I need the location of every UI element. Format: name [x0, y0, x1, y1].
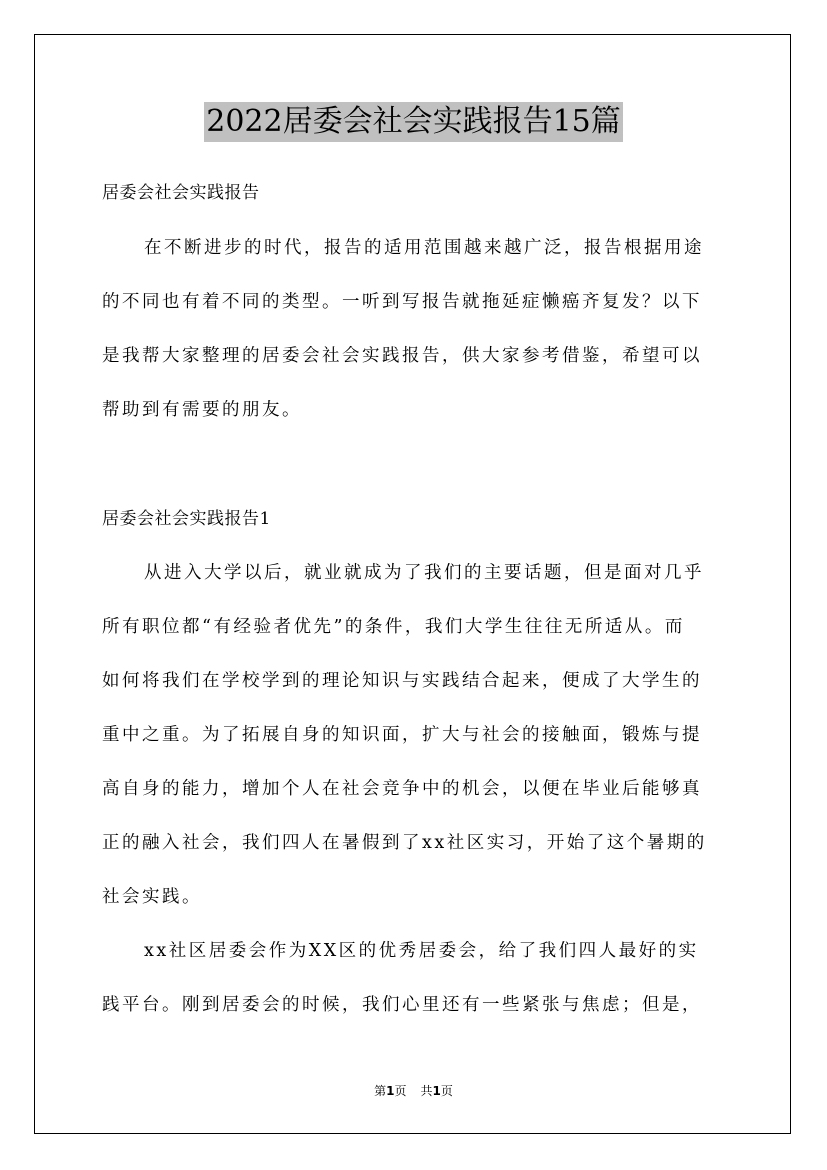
paragraph-line: 社会实践。	[102, 870, 728, 924]
page-suffix: 页	[394, 1084, 406, 1098]
paragraph-line: 所有职位都“有经验者优先”的条件，我们大学生往往无所适从。而	[102, 600, 728, 654]
paragraph-line: 从进入大学以后，就业就成为了我们的主要话题，但是面对几乎	[102, 546, 728, 600]
page-total: 1	[433, 1084, 441, 1098]
intro-line: 的不同也有着不同的类型。一听到写报告就拖延症懒癌齐复发？以下	[102, 275, 728, 329]
paragraph-line: 如何将我们在学校学到的理论知识与实践结合起来，便成了大学生的	[102, 654, 728, 708]
document-title: 2022居委会社会实践报告15篇	[204, 102, 623, 142]
paragraph-line: 正的融入社会，我们四人在暑假到了xx社区实习，开始了这个暑期的	[102, 816, 728, 870]
intro-heading: 居委会社会实践报告	[102, 181, 728, 205]
paragraph-line: 高自身的能力，增加个人在社会竞争中的机会，以便在毕业后能够真	[102, 762, 728, 816]
intro-line: 是我帮大家整理的居委会社会实践报告，供大家参考借鉴，希望可以	[102, 329, 728, 383]
paragraph-line: 重中之重。为了拓展自身的知识面，扩大与社会的接触面，锻炼与提	[102, 708, 728, 762]
intro-line: 帮助到有需要的朋友。	[102, 383, 728, 437]
title-container: 2022居委会社会实践报告15篇	[0, 102, 827, 142]
paragraph-line: xx社区居委会作为XX区的优秀居委会，给了我们四人最好的实	[102, 924, 728, 978]
section1-paragraph-2: xx社区居委会作为XX区的优秀居委会，给了我们四人最好的实 践平台。刚到居委会的…	[102, 924, 728, 1032]
paragraph-line: 践平台。刚到居委会的时候，我们心里还有一些紧张与焦虑；但是，	[102, 978, 728, 1032]
intro-line: 在不断进步的时代，报告的适用范围越来越广泛，报告根据用途	[102, 221, 728, 275]
page-prefix: 第	[374, 1084, 386, 1098]
total-suffix: 页	[441, 1084, 453, 1098]
section1-paragraph-1: 从进入大学以后，就业就成为了我们的主要话题，但是面对几乎 所有职位都“有经验者优…	[102, 546, 728, 924]
total-prefix: 共	[421, 1084, 433, 1098]
section-heading: 居委会社会实践报告1	[102, 507, 728, 531]
intro-paragraph: 在不断进步的时代，报告的适用范围越来越广泛，报告根据用途 的不同也有着不同的类型…	[102, 221, 728, 437]
page-footer: 第1页共1页	[0, 1083, 827, 1099]
